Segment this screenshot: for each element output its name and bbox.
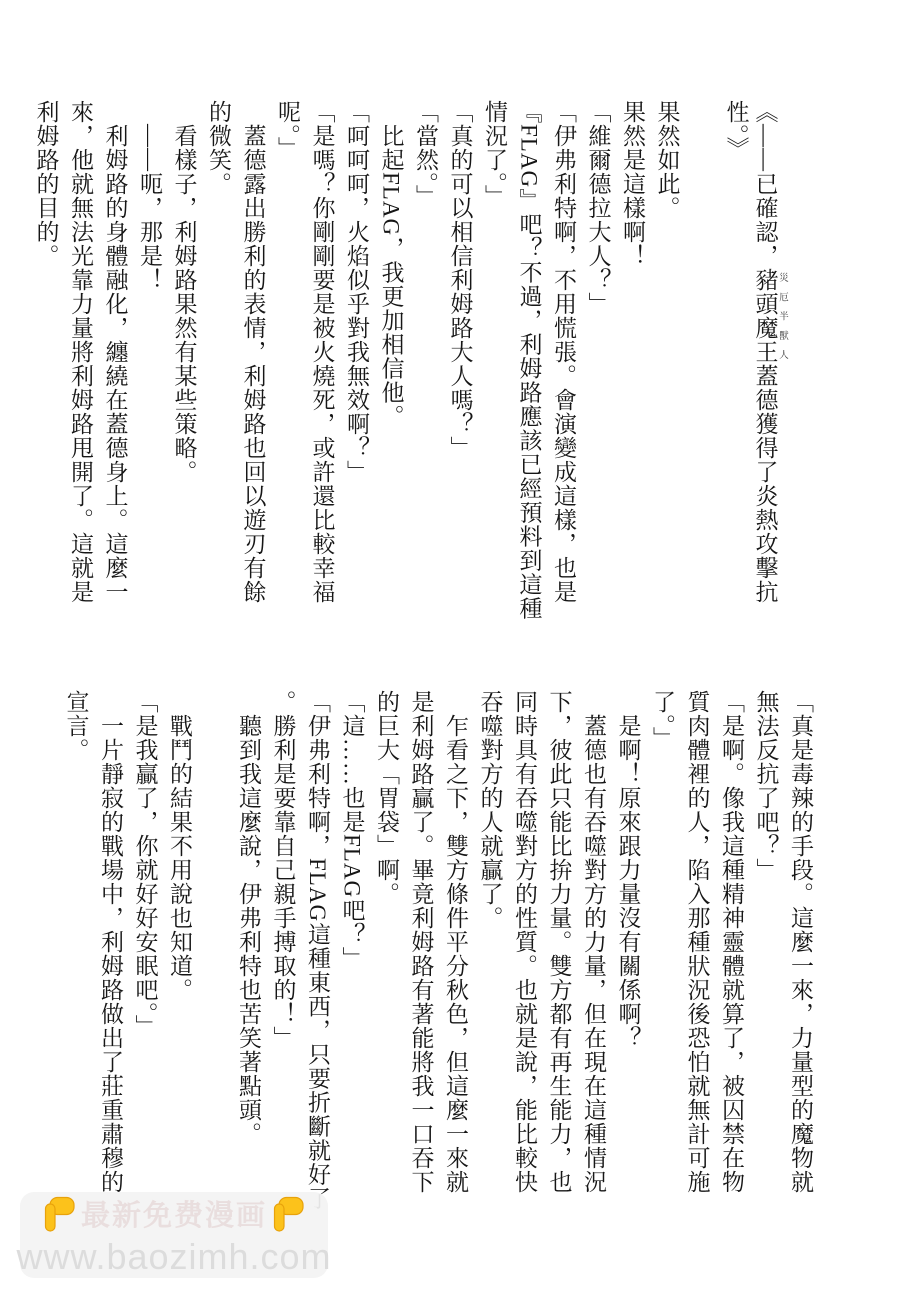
text-column: 蓋德露出勝利的表情，利姆路也回以遊刃有餘 [235, 100, 270, 662]
text-column: 「是嗎？你剛剛要是被火燒死，或許還比較幸福 [304, 100, 339, 662]
text-column: 的巨大「胃袋」啊。 [369, 690, 404, 1275]
text-column: 比起FLAG，我更加相信他。 [373, 100, 408, 662]
text-column: 「伊弗利特啊，FLAG這種東西，只要折斷就好了 [300, 690, 335, 1275]
text-column: 果然如此。 [649, 100, 684, 662]
text-column: 質肉體裡的人，陷入那種狀況後恐怕就無計可施 [679, 690, 714, 1275]
text-column: 「是啊。像我這種精神靈體就算了，被囚禁在物 [714, 690, 749, 1275]
pointing-down-hand-icon [272, 1195, 305, 1238]
text-column: ——呃，那是！ [132, 100, 167, 662]
text-column: 乍看之下，雙方條件平分秋色，但這麼一來就 [438, 690, 473, 1275]
watermark-url: www.baozimh.com [16, 1239, 331, 1275]
text-column: 看樣子，利姆路果然有某些策略。 [166, 100, 201, 662]
text-column: 「伊弗利特啊，不用慌張。會演變成這樣，也是 [546, 100, 581, 662]
watermark-text: 最新免费漫画 [81, 1202, 267, 1231]
ruby-annotated-text: 豬頭魔王災厄半獸人 [753, 268, 778, 364]
text-column: 吞噬對方的人就贏了。 [472, 690, 507, 1275]
text-column: 是利姆路贏了。畢竟利姆路有著能將我一口吞下 [403, 690, 438, 1275]
text-column: 情況了。」 [477, 100, 512, 662]
text-block-bottom: 「真是毒辣的手段。這麼一來，力量型的魔物就無法反抗了吧？」「是啊。像我這種精神靈… [58, 690, 817, 1275]
text-block-top: 《——已確認，豬頭魔王災厄半獸人蓋德獲得了炎熱攻擊抗性。》果然如此。果然是這樣啊… [28, 100, 787, 662]
text-column: 下，彼此只能比拚力量。雙方都有再生能力，也 [541, 690, 576, 1275]
text-column: 呢。」 [270, 100, 305, 662]
pointing-down-hand-icon [43, 1195, 76, 1238]
text-column: 來，他就無法光靠力量將利姆路甩開了。這就是 [63, 100, 98, 662]
text-column: 「這……也是FLAG吧？」 [334, 690, 369, 1275]
text-column: 聽到我這麼說，伊弗利特也苦笑著點頭。 [231, 690, 266, 1275]
text-column: 利姆路的目的。 [28, 100, 63, 662]
text-column: 「當然。」 [408, 100, 443, 662]
text-column: 了。」 [645, 690, 680, 1275]
text-column: 戰鬥的結果不用說也知道。 [162, 690, 197, 1275]
text-column: 蓋德也有吞噬對方的力量，但在現在這種情況 [576, 690, 611, 1275]
text-column: 「維爾德拉大人？」 [580, 100, 615, 662]
text-column: 無法反抗了吧？」 [748, 690, 783, 1275]
text-column: 同時具有吞噬對方的性質。也就是說，能比較快 [507, 690, 542, 1275]
watermark-row: 最新免费漫画 [43, 1195, 305, 1238]
watermark: 最新免费漫画 www.baozimh.com [20, 1192, 328, 1278]
text-column: 一片靜寂的戰場中，利姆路做出了莊重肅穆的 [93, 690, 128, 1275]
text-column: 「真是毒辣的手段。這麼一來，力量型的魔物就 [783, 690, 818, 1275]
blank-column [684, 100, 719, 662]
text-column: 的微笑。 [201, 100, 236, 662]
novel-page: { "page": { "background_color": "#ffffff… [0, 0, 914, 1300]
text-column: 是啊！原來跟力量沒有關係啊？ [610, 690, 645, 1275]
text-column: 『FLAG』吧？不過，利姆路應該已經預料到這種 [511, 100, 546, 662]
text-column: 果然是這樣啊！ [615, 100, 650, 662]
text-column: 宣言。 [58, 690, 93, 1275]
text-column: 利姆路的身體融化，纏繞在蓋德身上。這麼一 [97, 100, 132, 662]
blank-column [196, 690, 231, 1275]
text-column: 。勝利是要靠自己親手搏取的！」 [265, 690, 300, 1275]
text-column: 「是我贏了，你就好好安眠吧。」 [127, 690, 162, 1275]
text-column: 「真的可以相信利姆路大人嗎？」 [442, 100, 477, 662]
text-column: 「呵呵呵，火焰似乎對我無效啊？」 [339, 100, 374, 662]
text-column: 《——已確認，豬頭魔王災厄半獸人蓋德獲得了炎熱攻擊抗 [753, 100, 788, 662]
